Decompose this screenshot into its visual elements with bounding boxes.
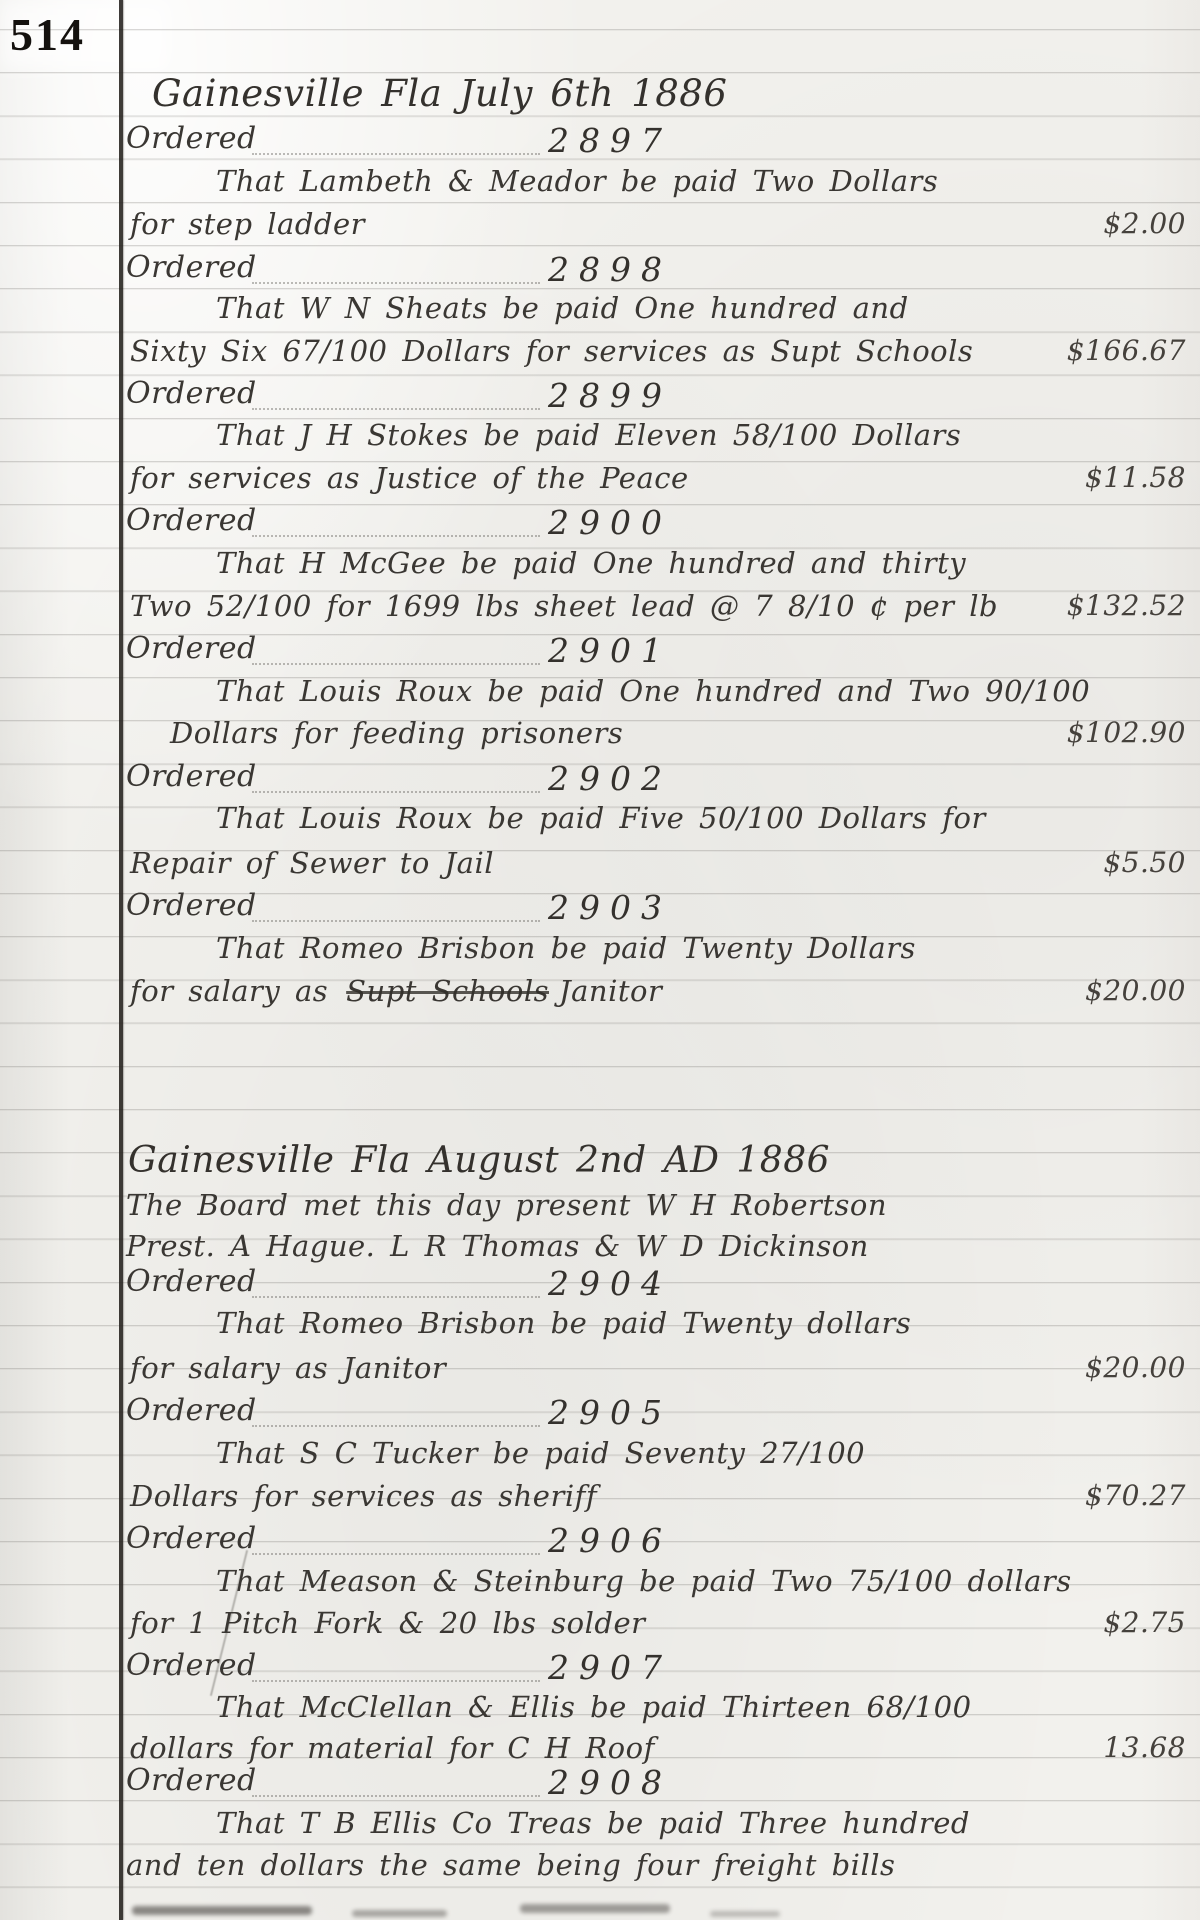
minutes-text: The Board met this day present W H Rober…	[126, 1188, 887, 1222]
entry-text: for 1 Pitch Fork & 20 lbs solder	[130, 1606, 645, 1640]
entry-text-line: That Meason & Steinburg be paid Two 75/1…	[0, 1564, 1200, 1608]
flourish-line	[252, 1296, 540, 1298]
order-row: Ordered 2901	[0, 631, 1200, 675]
entry-text: for services as Justice of the Peace	[130, 461, 689, 495]
session-heading: Gainesville Fla August 2nd AD 1886	[0, 1140, 1200, 1184]
entry-text-line: That J H Stokes be paid Eleven 58/100 Do…	[0, 418, 1200, 462]
ordered-label: Ordered	[126, 631, 257, 666]
order-row: Ordered 2907	[0, 1648, 1200, 1692]
entry-text-line: for services as Justice of the Peace$11.…	[0, 461, 1200, 505]
order-row: Ordered 2902	[0, 759, 1200, 803]
entry-text: Two 52/100 for 1699 lbs sheet lead @ 7 8…	[130, 589, 998, 623]
entry-text: Repair of Sewer to Jail	[130, 846, 494, 880]
order-number: 2900	[548, 503, 672, 542]
ordered-label: Ordered	[126, 121, 257, 156]
amount-value: $5.50	[1103, 846, 1186, 879]
order-number: 2898	[548, 250, 672, 289]
entry-text-line: Sixty Six 67/100 Dollars for services as…	[0, 334, 1200, 378]
ordered-label: Ordered	[126, 1648, 257, 1683]
order-number: 2907	[548, 1648, 672, 1687]
entry-text-line: for step ladder$2.00	[0, 207, 1200, 251]
entry-text-line: and ten dollars the same being four frei…	[0, 1848, 1200, 1892]
order-row: Ordered 2903	[0, 888, 1200, 932]
entry-text: That Romeo Brisbon be paid Twenty dollar…	[216, 1306, 911, 1340]
entry-text: for salary as Janitor	[130, 1351, 446, 1385]
flourish-line	[252, 1795, 540, 1797]
entry-text-line: for salary asSupt SchoolsJanitor $20.00	[0, 974, 1200, 1018]
ordered-label: Ordered	[126, 250, 257, 285]
entry-text-line: That Romeo Brisbon be paid Twenty Dollar…	[0, 931, 1200, 975]
entry-text: That Romeo Brisbon be paid Twenty Dollar…	[216, 931, 916, 965]
order-number: 2899	[548, 376, 672, 415]
ordered-label: Ordered	[126, 888, 257, 923]
scan-smudge	[132, 1906, 312, 1915]
flourish-line	[252, 663, 540, 665]
page-number: 514	[10, 8, 85, 61]
entry-text-line: That Louis Roux be paid Five 50/100 Doll…	[0, 801, 1200, 845]
entry-text: Dollars for services as sheriff	[130, 1479, 597, 1513]
order-number: 2905	[548, 1393, 672, 1432]
order-row: Ordered 2900	[0, 503, 1200, 547]
entry-text: That Meason & Steinburg be paid Two 75/1…	[216, 1564, 1072, 1598]
entry-text: and ten dollars the same being four frei…	[126, 1848, 895, 1882]
entry-text-post: Janitor	[559, 974, 662, 1008]
flourish-line	[252, 535, 540, 537]
entry-text: for step ladder	[130, 207, 365, 241]
entry-text: That H McGee be paid One hundred and thi…	[216, 546, 966, 580]
entry-text: Sixty Six 67/100 Dollars for services as…	[130, 334, 973, 368]
flourish-line	[252, 408, 540, 410]
amount-value: 13.68	[1103, 1731, 1186, 1764]
flourish-line	[252, 1425, 540, 1427]
ordered-label: Ordered	[126, 1521, 257, 1556]
order-number: 2908	[548, 1763, 672, 1802]
entry-text: That Lambeth & Meador be paid Two Dollar…	[216, 164, 938, 198]
entry-text-line: Dollars for services as sheriff$70.27	[0, 1479, 1200, 1523]
entry-text-line: Dollars for feeding prisoners$102.90	[0, 716, 1200, 760]
order-row: Ordered 2899	[0, 376, 1200, 420]
order-number: 2901	[548, 631, 672, 670]
amount-value: $132.52	[1067, 589, 1186, 622]
scan-smudge	[710, 1911, 780, 1917]
minutes-text: Prest. A Hague. L R Thomas & W D Dickins…	[126, 1229, 869, 1263]
amount-value: $11.58	[1085, 461, 1186, 494]
entry-text-line: That H McGee be paid One hundred and thi…	[0, 546, 1200, 590]
minutes-line: The Board met this day present W H Rober…	[0, 1188, 1200, 1232]
order-row: Ordered 2897	[0, 121, 1200, 165]
order-row: Ordered 2906	[0, 1521, 1200, 1565]
order-number: 2897	[548, 121, 672, 160]
entry-text: That T B Ellis Co Treas be paid Three hu…	[216, 1806, 970, 1840]
entry-text-line: That W N Sheats be paid One hundred and	[0, 291, 1200, 335]
flourish-line	[252, 153, 540, 155]
entry-text: That S C Tucker be paid Seventy 27/100	[216, 1436, 865, 1470]
order-number: 2906	[548, 1521, 672, 1560]
ordered-label: Ordered	[126, 1763, 257, 1798]
entry-text: Dollars for feeding prisoners	[170, 716, 623, 750]
entry-text: That McClellan & Ellis be paid Thirteen …	[216, 1690, 972, 1724]
entry-text: That J H Stokes be paid Eleven 58/100 Do…	[216, 418, 961, 452]
entry-text-pre: for salary as	[130, 974, 328, 1008]
entry-text-line: That S C Tucker be paid Seventy 27/100	[0, 1436, 1200, 1480]
flourish-line	[252, 1553, 540, 1555]
struck-text: Supt Schools	[346, 974, 549, 1008]
entry-text: That Louis Roux be paid Five 50/100 Doll…	[216, 801, 986, 835]
order-number: 2902	[548, 759, 672, 798]
session-heading-text: Gainesville Fla August 2nd AD 1886	[128, 1140, 830, 1181]
flourish-line	[252, 282, 540, 284]
entry-text-line: That Louis Roux be paid One hundred and …	[0, 674, 1200, 718]
entry-text: That W N Sheats be paid One hundred and	[216, 291, 909, 325]
entry-text-line: for 1 Pitch Fork & 20 lbs solder$2.75	[0, 1606, 1200, 1650]
ordered-label: Ordered	[126, 1264, 257, 1299]
amount-value: $20.00	[1085, 974, 1186, 1007]
ordered-label: Ordered	[126, 503, 257, 538]
ledger-page: 514 Gainesville Fla July 6th 1886 Ordere…	[0, 0, 1200, 1920]
entry-text-line: for salary as Janitor$20.00	[0, 1351, 1200, 1395]
entry-text-line: That McClellan & Ellis be paid Thirteen …	[0, 1690, 1200, 1734]
session-heading: Gainesville Fla July 6th 1886	[0, 72, 1200, 116]
amount-value: $2.75	[1103, 1606, 1186, 1639]
order-number: 2903	[548, 888, 672, 927]
entry-text: dollars for material for C H Roof	[130, 1731, 655, 1765]
entry-text-line: That T B Ellis Co Treas be paid Three hu…	[0, 1806, 1200, 1850]
amount-value: $20.00	[1085, 1351, 1186, 1384]
entry-text-line: Two 52/100 for 1699 lbs sheet lead @ 7 8…	[0, 589, 1200, 633]
entry-text-line: That Lambeth & Meador be paid Two Dollar…	[0, 164, 1200, 208]
amount-value: $166.67	[1067, 334, 1186, 367]
ordered-label: Ordered	[126, 1393, 257, 1428]
flourish-line	[252, 791, 540, 793]
flourish-line	[252, 920, 540, 922]
scan-smudge	[520, 1904, 670, 1913]
order-row: Ordered 2905	[0, 1393, 1200, 1437]
ordered-label: Ordered	[126, 759, 257, 794]
order-row: Ordered 2908	[0, 1763, 1200, 1807]
order-number: 2904	[548, 1264, 672, 1303]
amount-value: $102.90	[1067, 716, 1186, 749]
ordered-label: Ordered	[126, 376, 257, 411]
amount-value: $2.00	[1103, 207, 1186, 240]
flourish-line	[252, 1680, 540, 1682]
amount-value: $70.27	[1085, 1479, 1186, 1512]
order-row: Ordered 2904	[0, 1264, 1200, 1308]
entry-text: for salary asSupt SchoolsJanitor	[130, 974, 662, 1008]
entry-text-line: Repair of Sewer to Jail$5.50	[0, 846, 1200, 890]
order-row: Ordered 2898	[0, 250, 1200, 294]
session-heading-text: Gainesville Fla July 6th 1886	[152, 72, 727, 115]
entry-text: That Louis Roux be paid One hundred and …	[216, 674, 1090, 708]
scan-smudge	[352, 1910, 447, 1917]
entry-text-line: That Romeo Brisbon be paid Twenty dollar…	[0, 1306, 1200, 1350]
